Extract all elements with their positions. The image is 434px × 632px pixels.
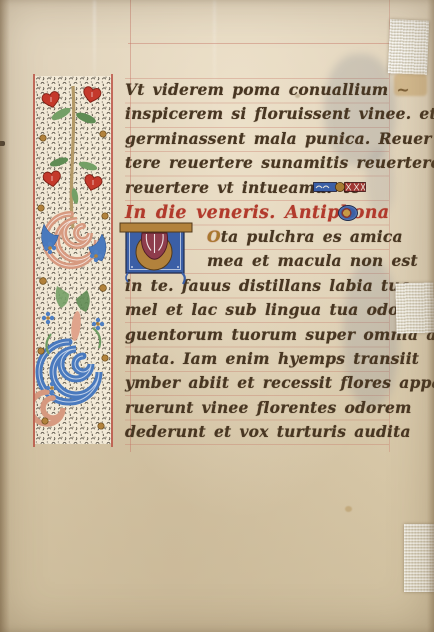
text-line-3: germinassent mala punica. Reuer	[125, 128, 432, 152]
tape-patch-top	[388, 19, 429, 75]
adhesive-residue-stain	[394, 74, 427, 96]
rubric-bezant-icon	[338, 205, 358, 221]
decorated-initial	[118, 219, 196, 285]
text-line-7-text: ta pulchra es amica	[221, 227, 403, 246]
text-line-14: ruerunt vinee florentes odorem	[125, 397, 412, 421]
text-line-1: Vt viderem poma conuallium ~	[125, 79, 410, 103]
page-left-edge	[0, 0, 10, 632]
text-line-12: mata. Iam enim hyemps transiit	[125, 348, 419, 372]
text-line-10: mel et lac sub lingua tua odor vn	[125, 299, 434, 323]
illuminated-border	[35, 76, 111, 444]
text-line-8: mea et macula non est	[207, 250, 418, 274]
parchment-spot	[345, 506, 352, 512]
text-line-5: reuertere vt intueamur te	[125, 177, 361, 201]
top-ruling-line	[128, 43, 416, 44]
text-line-7: Ota pulchra es amica	[207, 226, 403, 250]
text-line-11: guentorum tuorum super omnia aro	[125, 324, 434, 348]
text-line-4: tere reuertere sunamitis reuertere	[125, 152, 434, 176]
line-filler-bar	[313, 181, 367, 193]
page-right-edge	[427, 0, 434, 632]
versal-letter: O	[207, 227, 221, 246]
border-right-rule	[111, 74, 113, 447]
parchment-page: Vt viderem poma conuallium ~ inspicerem …	[0, 0, 434, 632]
text-line-15: dederunt et vox turturis audita	[125, 421, 411, 445]
text-line-13: ymber abiit et recessit flores appa	[125, 372, 434, 396]
text-line-2: inspicerem si floruissent vinee. et	[125, 103, 434, 127]
